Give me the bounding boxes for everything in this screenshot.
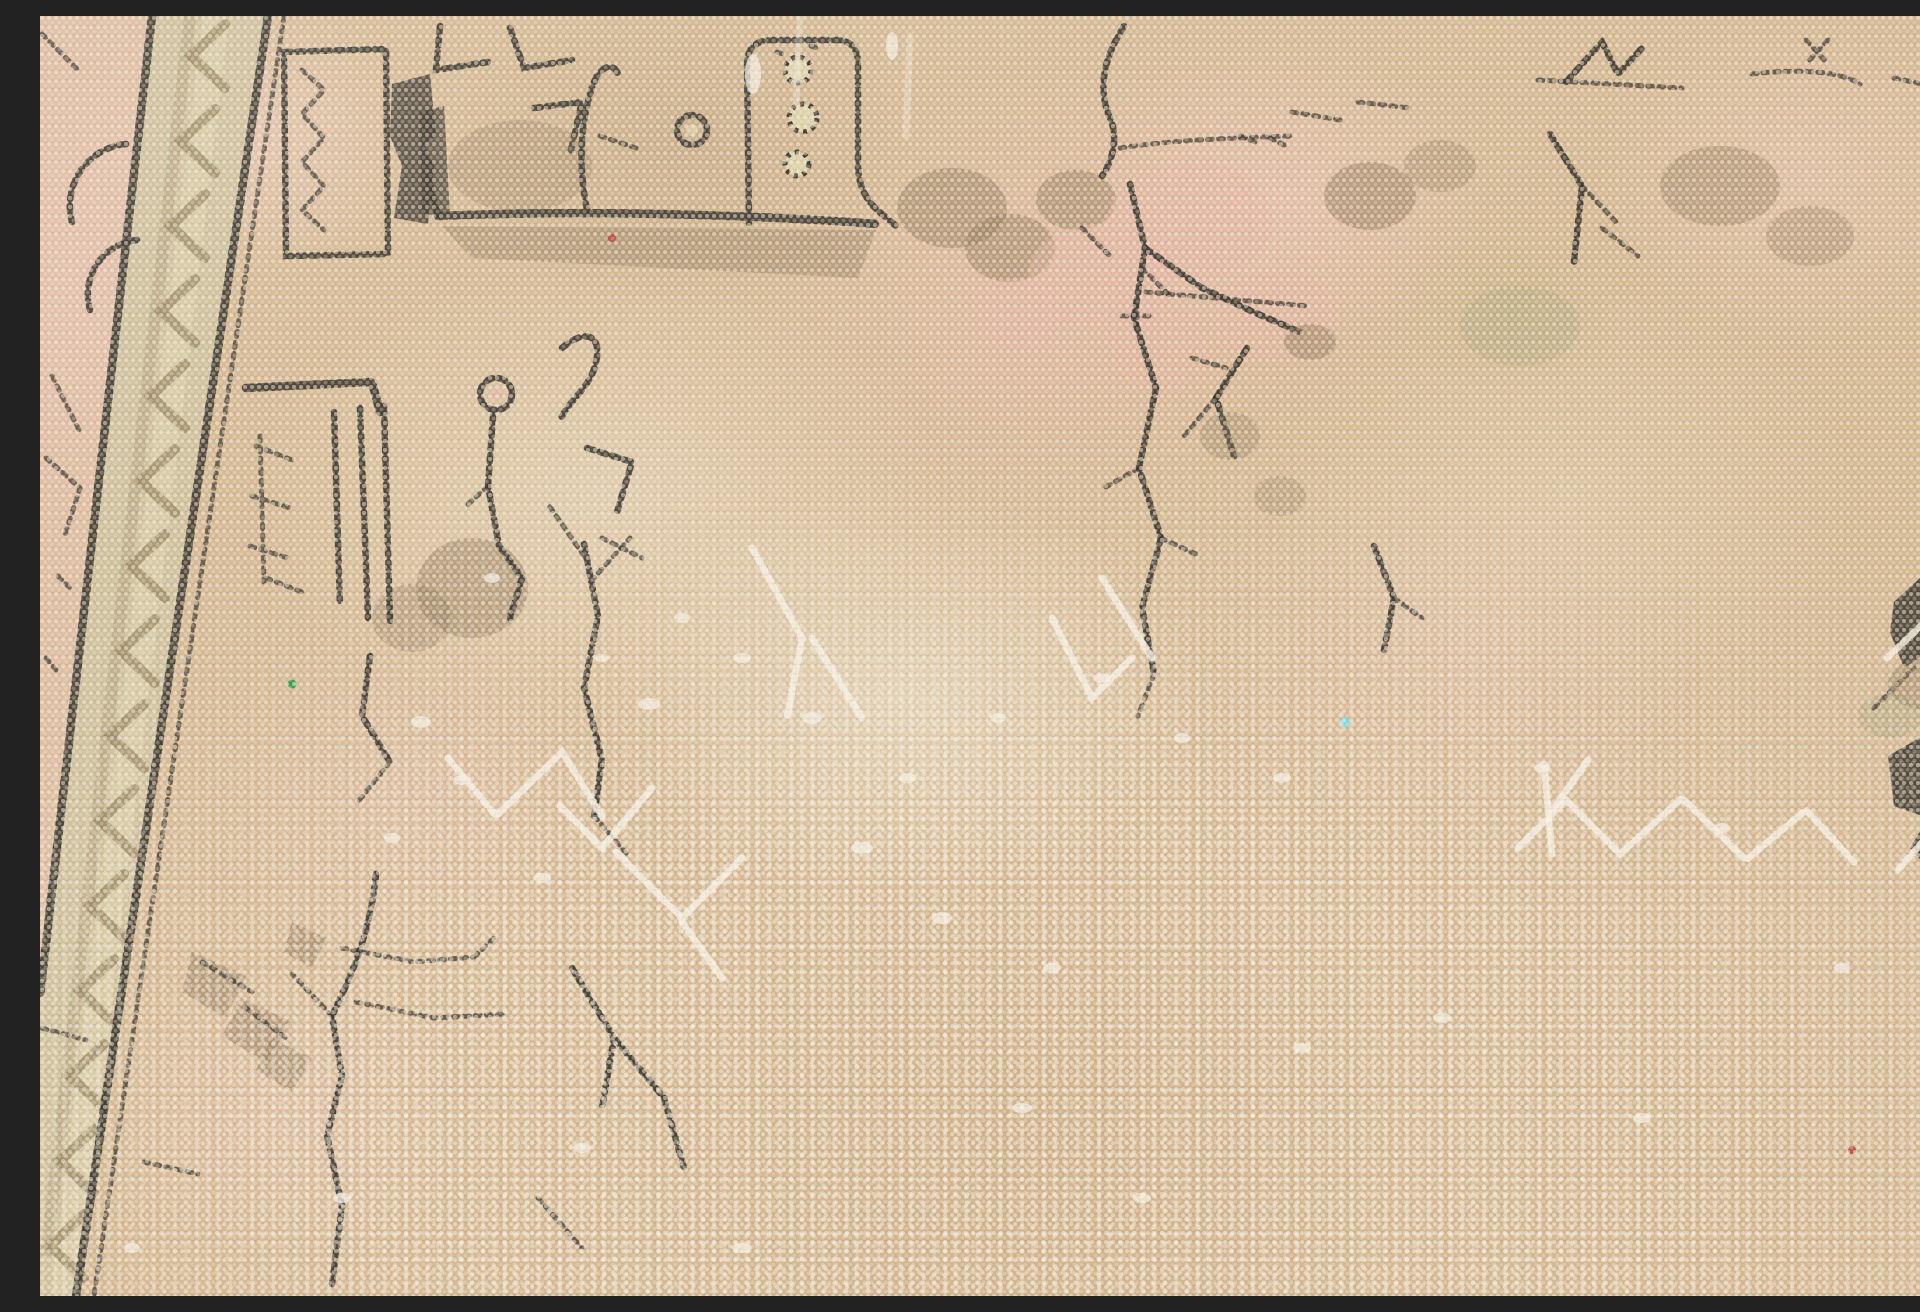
boot-outline (747, 40, 896, 226)
red-speck (1848, 1146, 1856, 1154)
right-edge-motifs (1374, 286, 1920, 880)
cradle-baseline (438, 213, 878, 224)
rug-motif-layer: Close-up photograph of a worn vintage ha… (40, 16, 1920, 1296)
red-speck (608, 234, 616, 242)
pillar-with-ring-motif (246, 336, 642, 802)
cyan-speck (1340, 717, 1350, 727)
bottom-left-branch-motif (182, 874, 684, 1284)
boot-cream-dot (785, 152, 809, 176)
rug-photograph: Close-up photograph of a worn vintage ha… (40, 16, 1920, 1296)
s-curve-stem (1102, 26, 1124, 176)
s-curve-and-blossoms (897, 26, 1476, 390)
zigzag-mark (1566, 42, 1642, 82)
green-speck (288, 680, 297, 689)
border-band (40, 16, 284, 1296)
top-right-motifs (1292, 40, 1920, 266)
horizontal-twigs (342, 938, 504, 1018)
boot-cream-dot (789, 104, 817, 132)
fork-branch (572, 968, 684, 1168)
stray-color-specks (288, 234, 1857, 1154)
